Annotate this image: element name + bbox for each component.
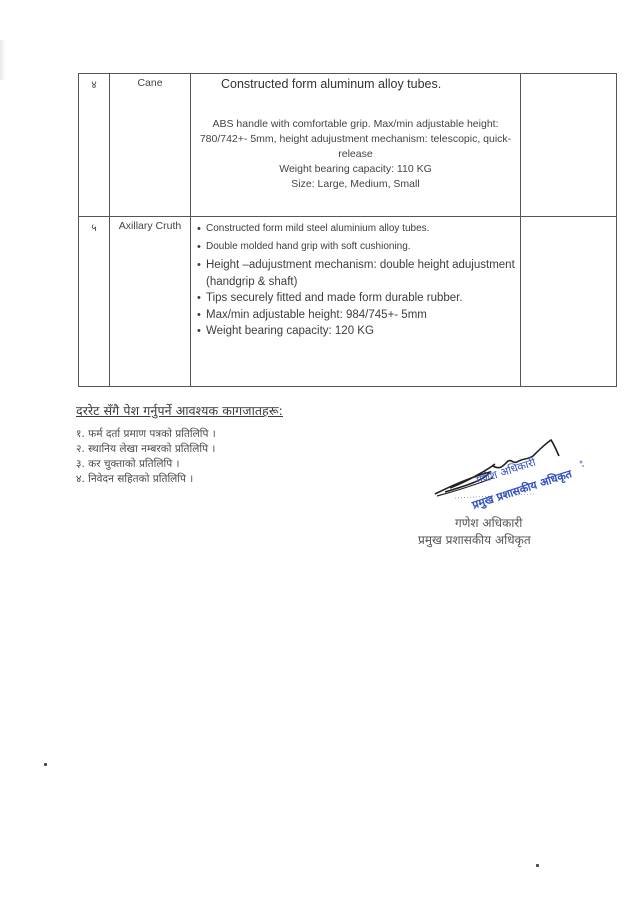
item-description: Constructed form aluminum alloy tubes. A… — [191, 74, 521, 217]
bullet-item: Constructed form mild steel aluminium al… — [197, 221, 520, 237]
requirements-heading: दररेट सँगै पेश गर्नुपर्ने आवश्यक कागजातह… — [76, 402, 283, 419]
requirement-item: १. फर्म दर्ता प्रमाण पत्रको प्रतिलिपि । — [76, 427, 216, 442]
scan-page-edge — [0, 40, 6, 80]
item-name: Axillary Cruth — [110, 217, 191, 387]
bullet-item: Max/min adjustable height: 984/745+- 5mm — [197, 307, 520, 324]
scan-speck — [536, 864, 539, 867]
table-row: ४ Cane Constructed form aluminum alloy t… — [79, 74, 617, 217]
remarks-cell — [521, 217, 617, 387]
bullet-item: Height –adujustment mechanism: double he… — [197, 257, 520, 290]
row-number: ५ — [79, 217, 110, 387]
requirements-list: १. फर्म दर्ता प्रमाण पत्रको प्रतिलिपि । … — [76, 427, 216, 487]
bullet-list: Constructed form mild steel aluminium al… — [191, 221, 520, 340]
bullet-item: Tips securely fitted and made form durab… — [197, 290, 520, 307]
item-name: Cane — [110, 74, 191, 217]
description-line: ABS handle with comfortable grip. Max/mi… — [199, 117, 512, 162]
bullet-item: Weight bearing capacity: 120 KG — [197, 323, 520, 340]
description-title: Constructed form aluminum alloy tubes. — [191, 74, 520, 91]
requirement-item: २. स्थानिय लेखा नम्बरको प्रतिलिपि । — [76, 442, 216, 457]
description-line: Size: Large, Medium, Small — [199, 177, 512, 192]
bullet-item: Double molded hand grip with soft cushio… — [197, 239, 520, 255]
row-number: ४ — [79, 74, 110, 217]
item-description: Constructed form mild steel aluminium al… — [191, 217, 521, 387]
requirement-item: ३. कर चुक्ताको प्रतिलिपि । — [76, 457, 216, 472]
signatory-title: प्रमुख प्रशासकीय अधिकृत — [418, 531, 531, 548]
table-row: ५ Axillary Cruth Constructed form mild s… — [79, 217, 617, 387]
description-line: Weight bearing capacity: 110 KG — [199, 162, 512, 177]
requirement-item: ४. निवेदन सहितको प्रतिलिपि । — [76, 472, 216, 487]
specification-table: ४ Cane Constructed form aluminum alloy t… — [78, 73, 617, 387]
description-block: ABS handle with comfortable grip. Max/mi… — [191, 117, 520, 192]
signatory-name: गणेश अधिकारी — [455, 514, 522, 531]
scan-speck — [44, 763, 47, 766]
remarks-cell — [521, 74, 617, 217]
